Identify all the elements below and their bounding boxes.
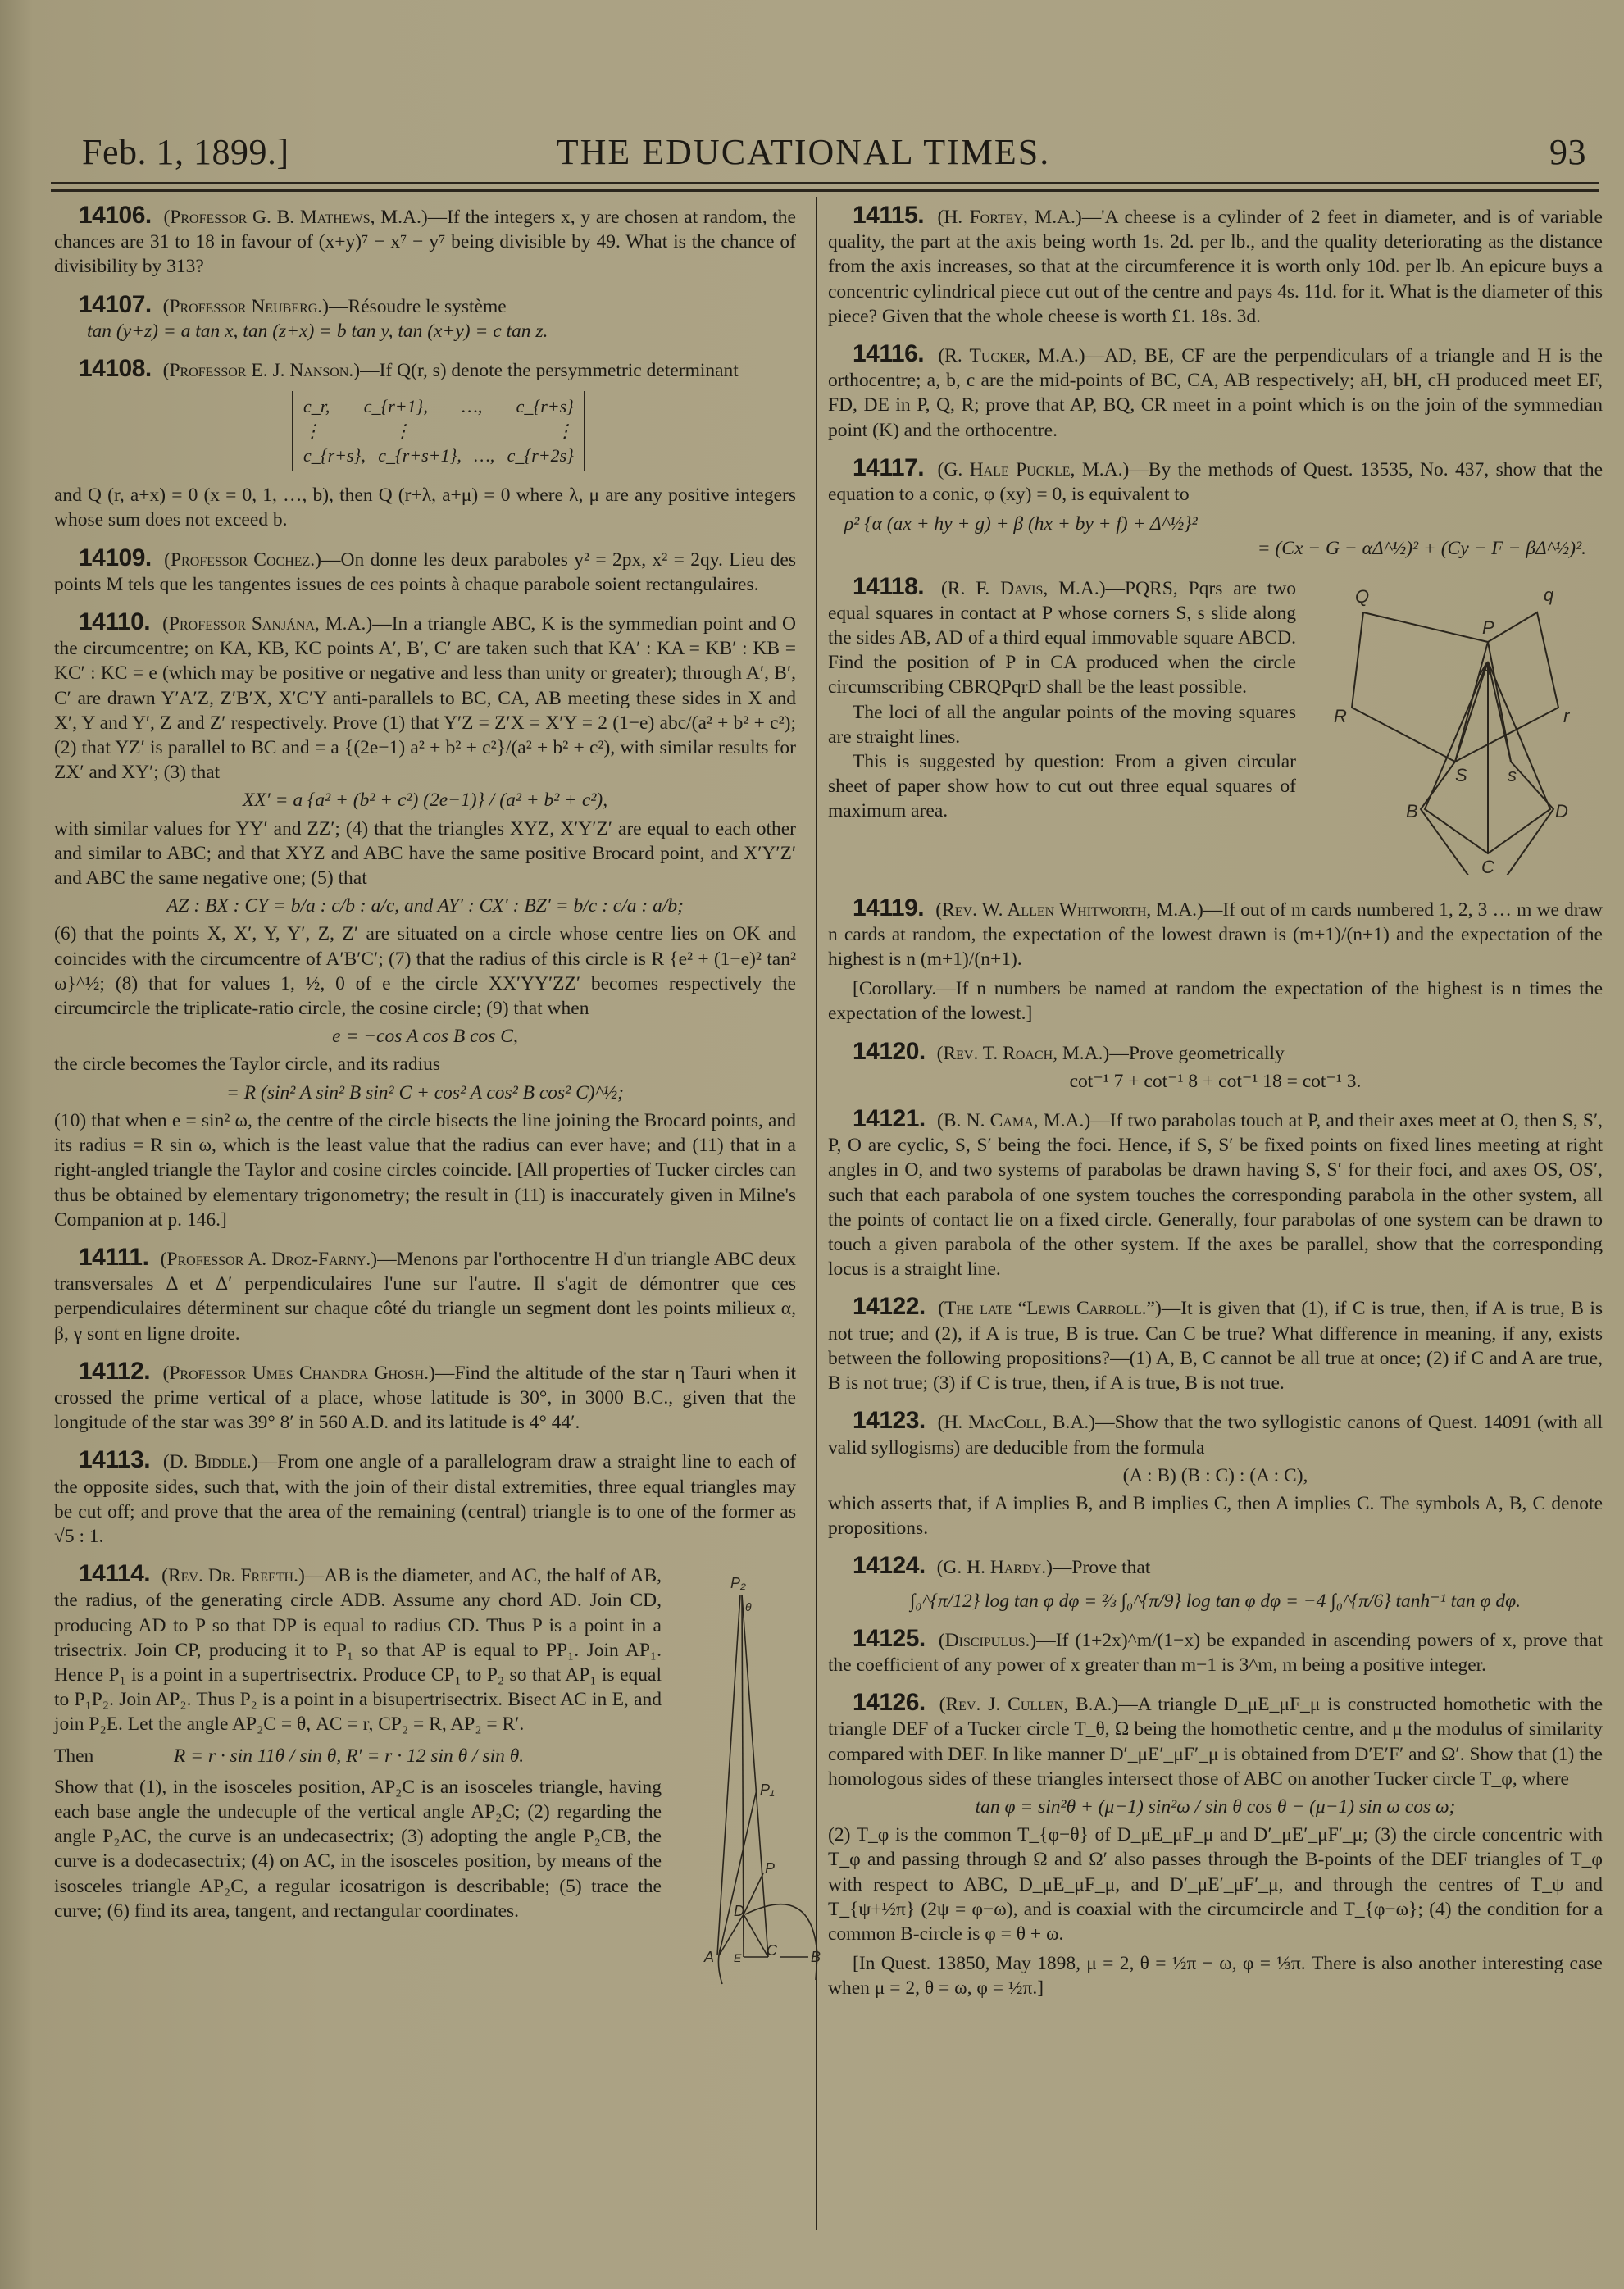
question-author: (H. Fortey, M.A.): [938, 207, 1082, 228]
question-author: (Professor A. Droz-Farny.): [161, 1249, 378, 1270]
equation: = R (sin² A sin² B sin² C + cos² A cos² …: [54, 1081, 796, 1105]
determinant-cell: …,: [462, 394, 482, 419]
determinant-cell: ⋮: [556, 419, 574, 444]
question-14116: 14116. (R. Tucker, M.A.)—AD, BE, CF are …: [828, 342, 1603, 443]
question-14123: 14123. (H. MacColl, B.A.)—Show that the …: [828, 1408, 1603, 1540]
question-author: (G. H. Hardy.): [937, 1557, 1053, 1578]
question-number: 14124.: [853, 1552, 926, 1579]
determinant-cell: c_{r+s}: [516, 394, 574, 419]
page-header: Feb. 1, 1899.] THE EDUCATIONAL TIMES. 93: [82, 131, 1599, 180]
equation: = (Cx − G − αΔ^½)² + (Cy − F − βΔ^½)².: [828, 536, 1603, 561]
label-P1: P₁: [760, 1782, 775, 1798]
label-R: R: [1334, 706, 1347, 726]
question-author: (D. Biddle.): [163, 1451, 258, 1472]
label-Q: Q: [1355, 586, 1369, 607]
equation: e = −cos A cos B cos C,: [54, 1024, 796, 1049]
question-number: 14117.: [853, 454, 924, 481]
label-D: D: [1555, 801, 1568, 821]
equation: R = r · sin 11θ / sin θ, R′ = r · 12 sin…: [174, 1745, 524, 1767]
question-14114: P₂ θ P₁ P D A E C B 14114. (Rev. Dr. Fre…: [54, 1562, 796, 1923]
question-14106: 14106. (Professor G. B. Mathews, M.A.)—I…: [54, 203, 796, 280]
determinant-cell: c_{r+1},: [364, 394, 428, 419]
question-text: —If Q(r, s) denote the persymmetric dete…: [360, 360, 739, 381]
question-text-continued: (6) that the points X, X′, Y, Y′, Z, Z′ …: [54, 922, 796, 1021]
corollary: [Corollary.—If n numbers be named at ran…: [828, 976, 1603, 1026]
question-number: 14113.: [79, 1446, 150, 1473]
question-author: (Professor Cochez.): [164, 549, 321, 571]
question-14111: 14111. (Professor A. Droz-Farny.)—Menons…: [54, 1245, 796, 1346]
label-A: A: [1478, 658, 1492, 679]
question-author: (R. F. Davis, M.A.): [941, 578, 1106, 599]
determinant-cell: c_{r+2s}: [507, 444, 574, 468]
label-theta: θ: [745, 1600, 752, 1613]
label-P2: P₂: [730, 1575, 746, 1591]
integral-equation: ∫₀^{π/12} log tan φ dφ = ⅔ ∫₀^{π/9} log …: [828, 1589, 1603, 1613]
label-q: q: [1544, 585, 1554, 605]
label-B: B: [1406, 801, 1418, 821]
formula: (A : B) (B : C) : (A : C),: [828, 1463, 1603, 1488]
editorial-note: [In Quest. 13850, May 1898, μ = 2, θ = ½…: [828, 1951, 1603, 2000]
trisectrix-figure: P₂ θ P₁ P D A E C B: [673, 1570, 796, 2029]
question-text: —AB is the diameter, and AC, the half of…: [54, 1565, 662, 1735]
question-14109: 14109. (Professor Cochez.)—On donne les …: [54, 546, 796, 597]
label-E: E: [734, 1951, 742, 1964]
question-14119: 14119. (Rev. W. Allen Whitworth, M.A.)—I…: [828, 896, 1603, 1026]
question-text-continued: (2) T_φ is the common T_{φ−θ} of D_μE_μF…: [828, 1823, 1603, 1946]
equation-label: Then: [54, 1744, 169, 1768]
question-text: —Prove geometrically: [1109, 1043, 1284, 1064]
label-S: S: [1455, 765, 1467, 785]
left-column: 14106. (Professor G. B. Mathews, M.A.)—I…: [54, 203, 796, 2037]
question-14112: 14112. (Professor Umes Chandra Ghosh.)—F…: [54, 1359, 796, 1436]
label-B: B: [811, 1949, 821, 1965]
question-author: (Rev. Dr. Freeth.): [161, 1565, 305, 1586]
question-number: 14114.: [79, 1560, 150, 1587]
question-number: 14116.: [853, 340, 924, 367]
question-number: 14120.: [853, 1038, 926, 1065]
determinant-cell: c_{r+s+1},: [378, 444, 462, 468]
question-text: —Résoudre le système: [329, 296, 507, 317]
determinant-row: c_r, c_{r+1}, …, c_{r+s}: [303, 394, 574, 419]
question-author: (Rev. T. Roach, M.A.): [937, 1043, 1110, 1064]
question-14110: 14110. (Professor Sanjána, M.A.)—In a tr…: [54, 610, 796, 1232]
question-14118: Q q P A R r S s B D C 14118. (R. F. Davi…: [828, 575, 1603, 883]
question-author: (The late “Lewis Carroll.”): [938, 1298, 1162, 1319]
question-author: (H. MacColl, B.A.): [938, 1412, 1095, 1433]
question-text-continued: and Q (r, a+x) = 0 (x = 0, 1, …, b), the…: [54, 483, 796, 532]
persymmetric-determinant: c_r, c_{r+1}, …, c_{r+s} ⋮ ⋮ ⋮ c_{r+s}, …: [292, 391, 585, 471]
equation: cot⁻¹ 7 + cot⁻¹ 8 + cot⁻¹ 18 = cot⁻¹ 3.: [828, 1069, 1603, 1094]
squares-figure: Q q P A R r S s B D C: [1308, 571, 1603, 875]
squares-diagram-icon: Q q P A R r S s B D C: [1332, 571, 1624, 875]
equation: ρ² {α (ax + hy + g) + β (hx + by + f) + …: [828, 512, 1603, 536]
question-14117: 14117. (G. Hale Puckle, M.A.)—By the met…: [828, 456, 1603, 562]
question-number: 14110.: [79, 608, 150, 635]
label-s: s: [1508, 765, 1517, 785]
determinant-cell: …,: [474, 444, 494, 468]
question-author: (Discipulus.): [939, 1630, 1036, 1651]
question-text-continued: with similar values for YY′ and ZZ′; (4)…: [54, 817, 796, 891]
question-number: 14109.: [79, 544, 152, 571]
question-text: —In a triangle ABC, K is the symmedian p…: [54, 613, 796, 783]
determinant-cell: ⋮: [393, 419, 412, 444]
label-D: D: [734, 1903, 744, 1919]
question-text-continued: (10) that when e = sin² ω, the centre of…: [54, 1108, 796, 1232]
equation: XX′ = a {a² + (b² + c²) (2e−1)} / (a² + …: [54, 788, 796, 812]
question-number: 14126.: [853, 1689, 926, 1716]
question-number: 14106.: [79, 202, 152, 229]
question-number: 14108.: [79, 355, 152, 382]
question-14115: 14115. (H. Fortey, M.A.)—'A cheese is a …: [828, 203, 1603, 329]
question-14121: 14121. (B. N. Cama, M.A.)—If two parabol…: [828, 1107, 1603, 1281]
question-14113: 14113. (D. Biddle.)—From one angle of a …: [54, 1448, 796, 1549]
publication-title: THE EDUCATIONAL TIMES.: [82, 131, 1525, 173]
label-C: C: [1481, 857, 1494, 875]
question-author: (R. Tucker, M.A.): [938, 345, 1085, 366]
question-author: (Professor Sanjána, M.A.): [162, 613, 372, 635]
question-14126: 14126. (Rev. J. Cullen, B.A.)—A triangle…: [828, 1691, 1603, 2000]
question-14108: 14108. (Professor E. J. Nanson.)—If Q(r,…: [54, 357, 796, 533]
question-14120: 14120. (Rev. T. Roach, M.A.)—Prove geome…: [828, 1040, 1603, 1094]
question-number: 14121.: [853, 1105, 926, 1132]
question-text: —If two parabolas touch at P, and their …: [828, 1110, 1603, 1280]
question-number: 14122.: [853, 1293, 926, 1320]
question-number: 14125.: [853, 1625, 926, 1652]
label-A: A: [703, 1949, 714, 1965]
question-number: 14115.: [853, 202, 924, 229]
question-author: (Professor G. B. Mathews, M.A.): [163, 207, 427, 228]
question-author: (G. Hale Puckle, M.A.): [938, 459, 1130, 480]
trisectrix-diagram-icon: P₂ θ P₁ P D A E C B: [698, 1570, 821, 2029]
question-text-continued: the circle becomes the Taylor circle, an…: [54, 1052, 796, 1076]
question-author: (Professor Neuberg.): [163, 296, 329, 317]
question-author: (B. N. Cama, M.A.): [937, 1110, 1090, 1131]
question-text: —Prove that: [1053, 1557, 1150, 1578]
question-number: 14111.: [79, 1244, 148, 1271]
question-number: 14107.: [79, 291, 152, 318]
determinant-cell: c_{r+s},: [303, 444, 366, 468]
question-14125: 14125. (Discipulus.)—If (1+2x)^m/(1−x) b…: [828, 1627, 1603, 1677]
label-P: P: [765, 1860, 775, 1877]
label-P: P: [1482, 617, 1494, 638]
equation: tan φ = sin²θ + (μ−1) sin²ω / sin θ cos …: [828, 1795, 1603, 1819]
right-column: 14115. (H. Fortey, M.A.)—'A cheese is a …: [828, 203, 1603, 2014]
question-number: 14118.: [853, 573, 924, 600]
header-rule-thin: [51, 182, 1599, 184]
question-text-continued: which asserts that, if A implies B, and …: [828, 1491, 1603, 1540]
determinant-row: c_{r+s}, c_{r+s+1}, …, c_{r+2s}: [303, 444, 574, 468]
question-14124: 14124. (G. H. Hardy.)—Prove that ∫₀^{π/1…: [828, 1554, 1603, 1613]
question-author: (Professor E. J. Nanson.): [163, 360, 360, 381]
label-C: C: [767, 1942, 778, 1959]
question-number: 14119.: [853, 894, 924, 922]
equation: AZ : BX : CY = b/a : c/b : a/c, and AY′ …: [54, 894, 796, 918]
determinant-cell: c_r,: [303, 394, 330, 419]
label-r: r: [1563, 706, 1571, 726]
question-number: 14112.: [79, 1358, 150, 1385]
header-rule-thick: [51, 189, 1599, 192]
newspaper-page: Feb. 1, 1899.] THE EDUCATIONAL TIMES. 93…: [0, 0, 1624, 2289]
question-14122: 14122. (The late “Lewis Carroll.”)—It is…: [828, 1295, 1603, 1395]
question-author: (Rev. J. Cullen, B.A.): [939, 1694, 1119, 1715]
question-author: (Professor Umes Chandra Ghosh.): [163, 1363, 435, 1384]
page-number: 93: [1549, 131, 1586, 173]
question-author: (Rev. W. Allen Whitworth, M.A.): [935, 899, 1203, 921]
equation: tan (y+z) = a tan x, tan (z+x) = b tan y…: [54, 319, 796, 344]
question-number: 14123.: [853, 1407, 926, 1434]
question-14107: 14107. (Professor Neuberg.)—Résoudre le …: [54, 293, 796, 344]
determinant-cell: ⋮: [303, 419, 321, 444]
determinant-row: ⋮ ⋮ ⋮: [303, 419, 574, 444]
